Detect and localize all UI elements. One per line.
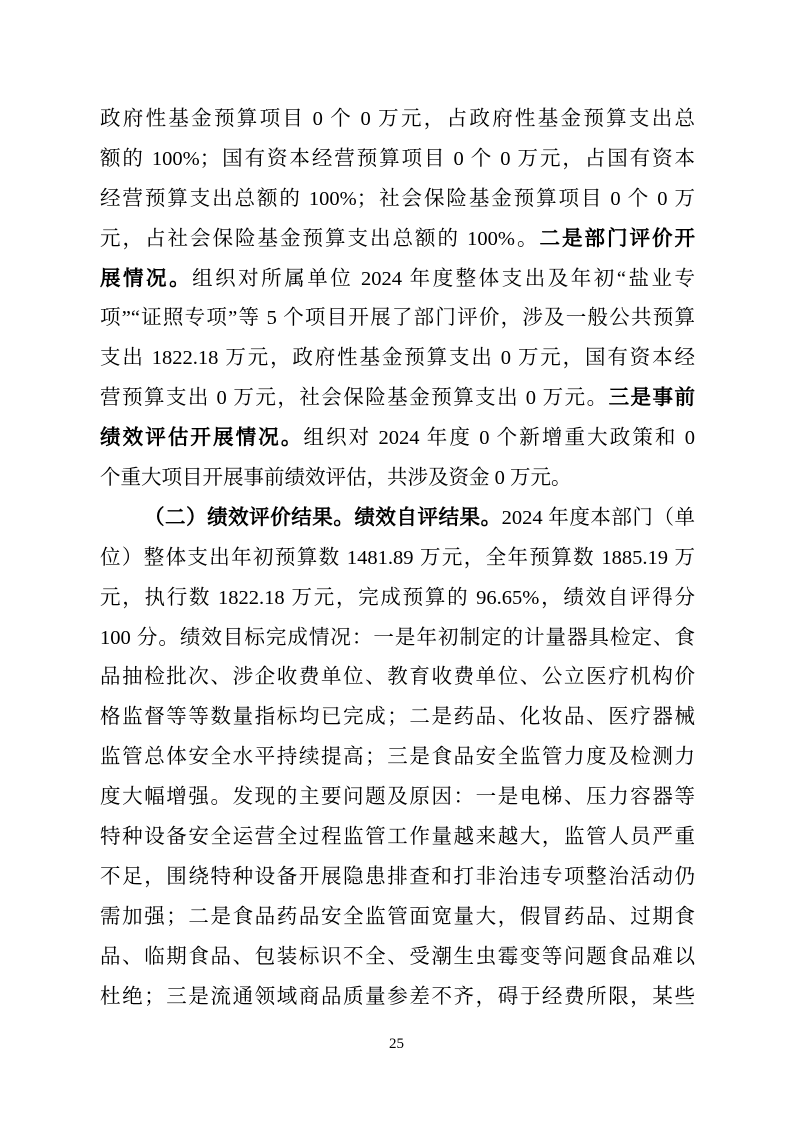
text-segment: 杜绝；三是流通领域商品质量参差不齐，碍于经费所限，某些 — [100, 986, 695, 1008]
page-number: 25 — [0, 1034, 793, 1054]
text-segment: 品抽检批次、涉企收费单位、教育收费单位、公立医疗机构价 — [100, 666, 695, 688]
text-line: 需加强；二是食品药品安全监管面宽量大，假冒药品、过期食 — [100, 898, 695, 938]
text-line: 展情况。组织对所属单位 2024 年度整体支出及年初“盐业专 — [100, 260, 695, 300]
text-line: 支出 1822.18 万元，政府性基金预算支出 0 万元，国有资本经 — [100, 339, 695, 379]
text-line: 度大幅增强。发现的主要问题及原因：一是电梯、压力容器等 — [100, 778, 695, 818]
text-segment: 营预算支出 0 万元，社会保险基金预算支出 0 万元。 — [100, 387, 609, 409]
text-line: 品抽检批次、涉企收费单位、教育收费单位、公立医疗机构价 — [100, 658, 695, 698]
text-line: 元，执行数 1822.18 万元，完成预算的 96.65%，绩效自评得分 — [100, 579, 695, 619]
text-line: 绩效评估开展情况。组织对 2024 年度 0 个新增重大政策和 0 — [100, 419, 695, 459]
text-segment: 品、临期食品、包装标识不全、受潮生虫霉变等问题食品难以 — [100, 946, 695, 968]
text-segment: 元，占社会保险基金预算支出总额的 100%。 — [100, 228, 540, 250]
text-segment-bold: 三是事前 — [609, 387, 695, 409]
text-segment: 位）整体支出年初预算数 1481.89 万元，全年预算数 1885.19 万 — [100, 547, 695, 569]
text-line: 政府性基金预算项目 0 个 0 万元，占政府性基金预算支出总 — [100, 100, 695, 140]
text-segment: 元，执行数 1822.18 万元，完成预算的 96.65%，绩效自评得分 — [100, 587, 695, 609]
text-segment-bold: 展情况。 — [100, 268, 192, 290]
text-segment: 项”“证照专项”等 5 个项目开展了部门评价，涉及一般公共预算 — [100, 307, 695, 329]
text-segment: 组织对 2024 年度 0 个新增重大政策和 0 — [303, 427, 695, 449]
text-line: 额的 100%；国有资本经营预算项目 0 个 0 万元，占国有资本 — [100, 140, 695, 180]
text-line: 杜绝；三是流通领域商品质量参差不齐，碍于经费所限，某些 — [100, 978, 695, 1018]
text-segment-bold: 二是部门评价开 — [540, 228, 696, 250]
text-segment-bold: 绩效评估开展情况。 — [100, 427, 303, 449]
text-segment: 额的 100%；国有资本经营预算项目 0 个 0 万元，占国有资本 — [100, 148, 695, 170]
text-segment: 政府性基金预算项目 0 个 0 万元，占政府性基金预算支出总 — [100, 108, 695, 130]
text-segment: 度大幅增强。发现的主要问题及原因：一是电梯、压力容器等 — [100, 786, 695, 808]
text-line: 监管总体安全水平持续提高；三是食品安全监管力度及检测力 — [100, 738, 695, 778]
text-segment: 不足，围绕特种设备开展隐患排查和打非治违专项整治活动仍 — [100, 866, 695, 888]
text-line: 项”“证照专项”等 5 个项目开展了部门评价，涉及一般公共预算 — [100, 299, 695, 339]
text-line: 品、临期食品、包装标识不全、受潮生虫霉变等问题食品难以 — [100, 938, 695, 978]
text-segment: 格监督等等数量指标均已完成；二是药品、化妆品、医疗器械 — [100, 706, 695, 728]
text-line: 位）整体支出年初预算数 1481.89 万元，全年预算数 1885.19 万 — [100, 539, 695, 579]
text-line: 元，占社会保险基金预算支出总额的 100%。二是部门评价开 — [100, 220, 695, 260]
text-segment: 经营预算支出总额的 100%；社会保险基金预算项目 0 个 0 万 — [100, 188, 695, 210]
text-segment: 需加强；二是食品药品安全监管面宽量大，假冒药品、过期食 — [100, 906, 695, 928]
text-segment: 支出 1822.18 万元，政府性基金预算支出 0 万元，国有资本经 — [100, 347, 695, 369]
document-body: 政府性基金预算项目 0 个 0 万元，占政府性基金预算支出总额的 100%；国有… — [100, 100, 695, 1017]
text-line: 特种设备安全运营全过程监管工作量越来越大，监管人员严重 — [100, 818, 695, 858]
text-line: （二）绩效评价结果。绩效自评结果。2024 年度本部门（单 — [100, 499, 695, 539]
text-segment-bold: （二）绩效评价结果。绩效自评结果。 — [144, 507, 502, 529]
document-page: 政府性基金预算项目 0 个 0 万元，占政府性基金预算支出总额的 100%；国有… — [0, 0, 793, 1122]
text-line: 100 分。绩效目标完成情况：一是年初制定的计量器具检定、食 — [100, 619, 695, 659]
text-segment: 特种设备安全运营全过程监管工作量越来越大，监管人员严重 — [100, 826, 695, 848]
text-line: 个重大项目开展事前绩效评估，共涉及资金 0 万元。 — [100, 459, 695, 499]
text-line: 经营预算支出总额的 100%；社会保险基金预算项目 0 个 0 万 — [100, 180, 695, 220]
text-line: 不足，围绕特种设备开展隐患排查和打非治违专项整治活动仍 — [100, 858, 695, 898]
text-segment: 个重大项目开展事前绩效评估，共涉及资金 0 万元。 — [100, 467, 572, 489]
text-segment: 100 分。绩效目标完成情况：一是年初制定的计量器具检定、食 — [100, 627, 695, 649]
text-line: 格监督等等数量指标均已完成；二是药品、化妆品、医疗器械 — [100, 698, 695, 738]
text-segment: 2024 年度本部门（单 — [502, 507, 695, 529]
text-segment: 组织对所属单位 2024 年度整体支出及年初“盐业专 — [192, 268, 695, 290]
text-line: 营预算支出 0 万元，社会保险基金预算支出 0 万元。三是事前 — [100, 379, 695, 419]
text-segment: 监管总体安全水平持续提高；三是食品安全监管力度及检测力 — [100, 746, 695, 768]
